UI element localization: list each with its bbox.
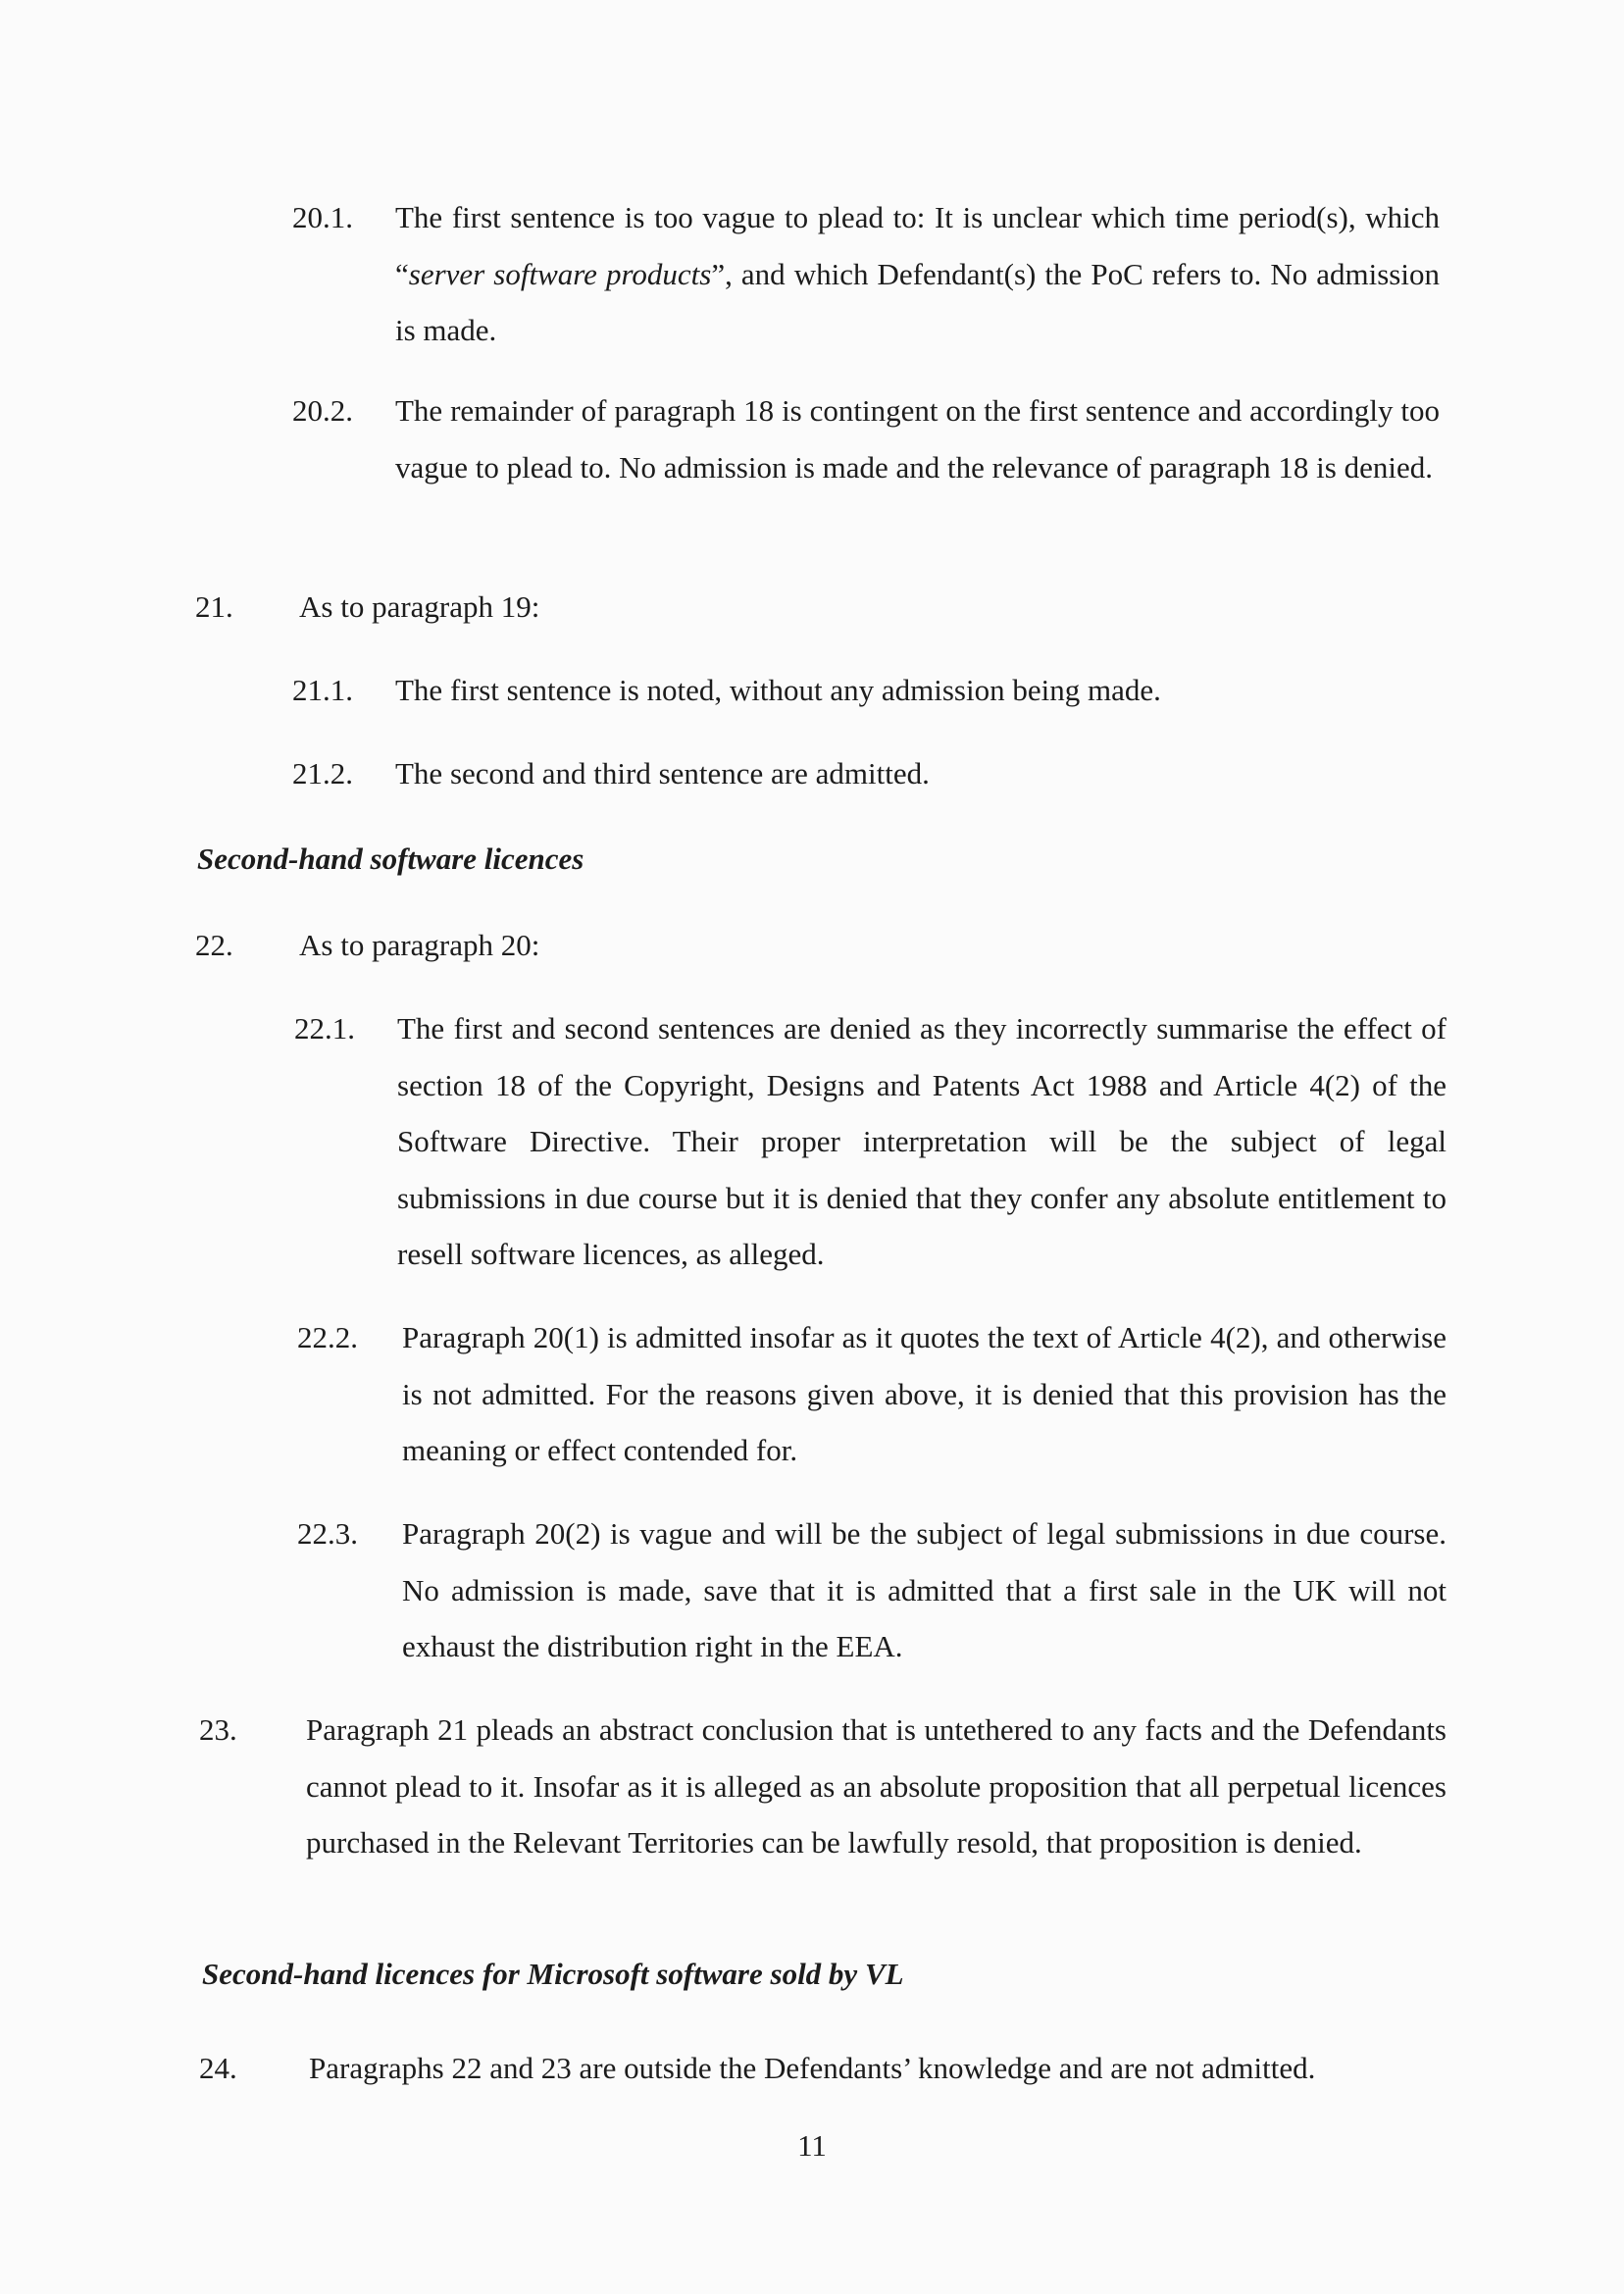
paragraph-text: Paragraphs 22 and 23 are outside the Def… <box>309 2051 1315 2085</box>
paragraph-22: 22. As to paragraph 20: <box>299 917 1440 974</box>
paragraph-text: Paragraph 20(2) is vague and will be the… <box>402 1516 1446 1663</box>
paragraph-text: As to paragraph 20: <box>299 928 539 962</box>
paragraph-20-2: 20.2. The remainder of paragraph 18 is c… <box>395 382 1440 495</box>
quoted-term: server software products <box>409 257 712 291</box>
paragraph-21: 21. As to paragraph 19: <box>299 579 1440 636</box>
paragraph-22-1: 22.1. The first and second sentences are… <box>397 1000 1446 1283</box>
paragraph-23: 23. Paragraph 21 pleads an abstract conc… <box>306 1702 1446 1871</box>
paragraph-22-2: 22.2. Paragraph 20(1) is admitted insofa… <box>402 1309 1446 1479</box>
paragraph-number: 22. <box>195 917 233 974</box>
paragraph-text: Paragraph 21 pleads an abstract conclusi… <box>306 1712 1446 1860</box>
paragraph-number: 21.2. <box>292 745 353 802</box>
paragraph-24: 24. Paragraphs 22 and 23 are outside the… <box>309 2040 1449 2097</box>
paragraph-number: 22.2. <box>297 1309 358 1366</box>
paragraph-text: The remainder of paragraph 18 is conting… <box>395 393 1440 484</box>
paragraph-text: The first sentence is noted, without any… <box>395 673 1161 707</box>
section-heading: Second-hand licences for Microsoft softw… <box>202 1957 904 1992</box>
paragraph-22-3: 22.3. Paragraph 20(2) is vague and will … <box>402 1505 1446 1675</box>
paragraph-20-1: 20.1. The first sentence is too vague to… <box>395 189 1440 359</box>
paragraph-text: Paragraph 20(1) is admitted insofar as i… <box>402 1320 1446 1467</box>
section-heading: Second-hand software licences <box>197 841 584 877</box>
paragraph-number: 20.2. <box>292 382 353 439</box>
paragraph-number: 22.1. <box>294 1000 355 1057</box>
paragraph-text: The second and third sentence are admitt… <box>395 756 930 790</box>
paragraph-number: 24. <box>199 2040 237 2097</box>
paragraph-21-1: 21.1. The first sentence is noted, witho… <box>395 662 1440 719</box>
paragraph-number: 20.1. <box>292 189 353 246</box>
paragraph-21-2: 21.2. The second and third sentence are … <box>395 745 1440 802</box>
paragraph-number: 22.3. <box>297 1505 358 1562</box>
paragraph-text: The first and second sentences are denie… <box>397 1011 1446 1271</box>
paragraph-number: 21.1. <box>292 662 353 719</box>
page-number: 11 <box>0 2128 1624 2164</box>
paragraph-number: 23. <box>199 1702 237 1759</box>
paragraph-number: 21. <box>195 579 233 636</box>
paragraph-text: As to paragraph 19: <box>299 589 539 624</box>
